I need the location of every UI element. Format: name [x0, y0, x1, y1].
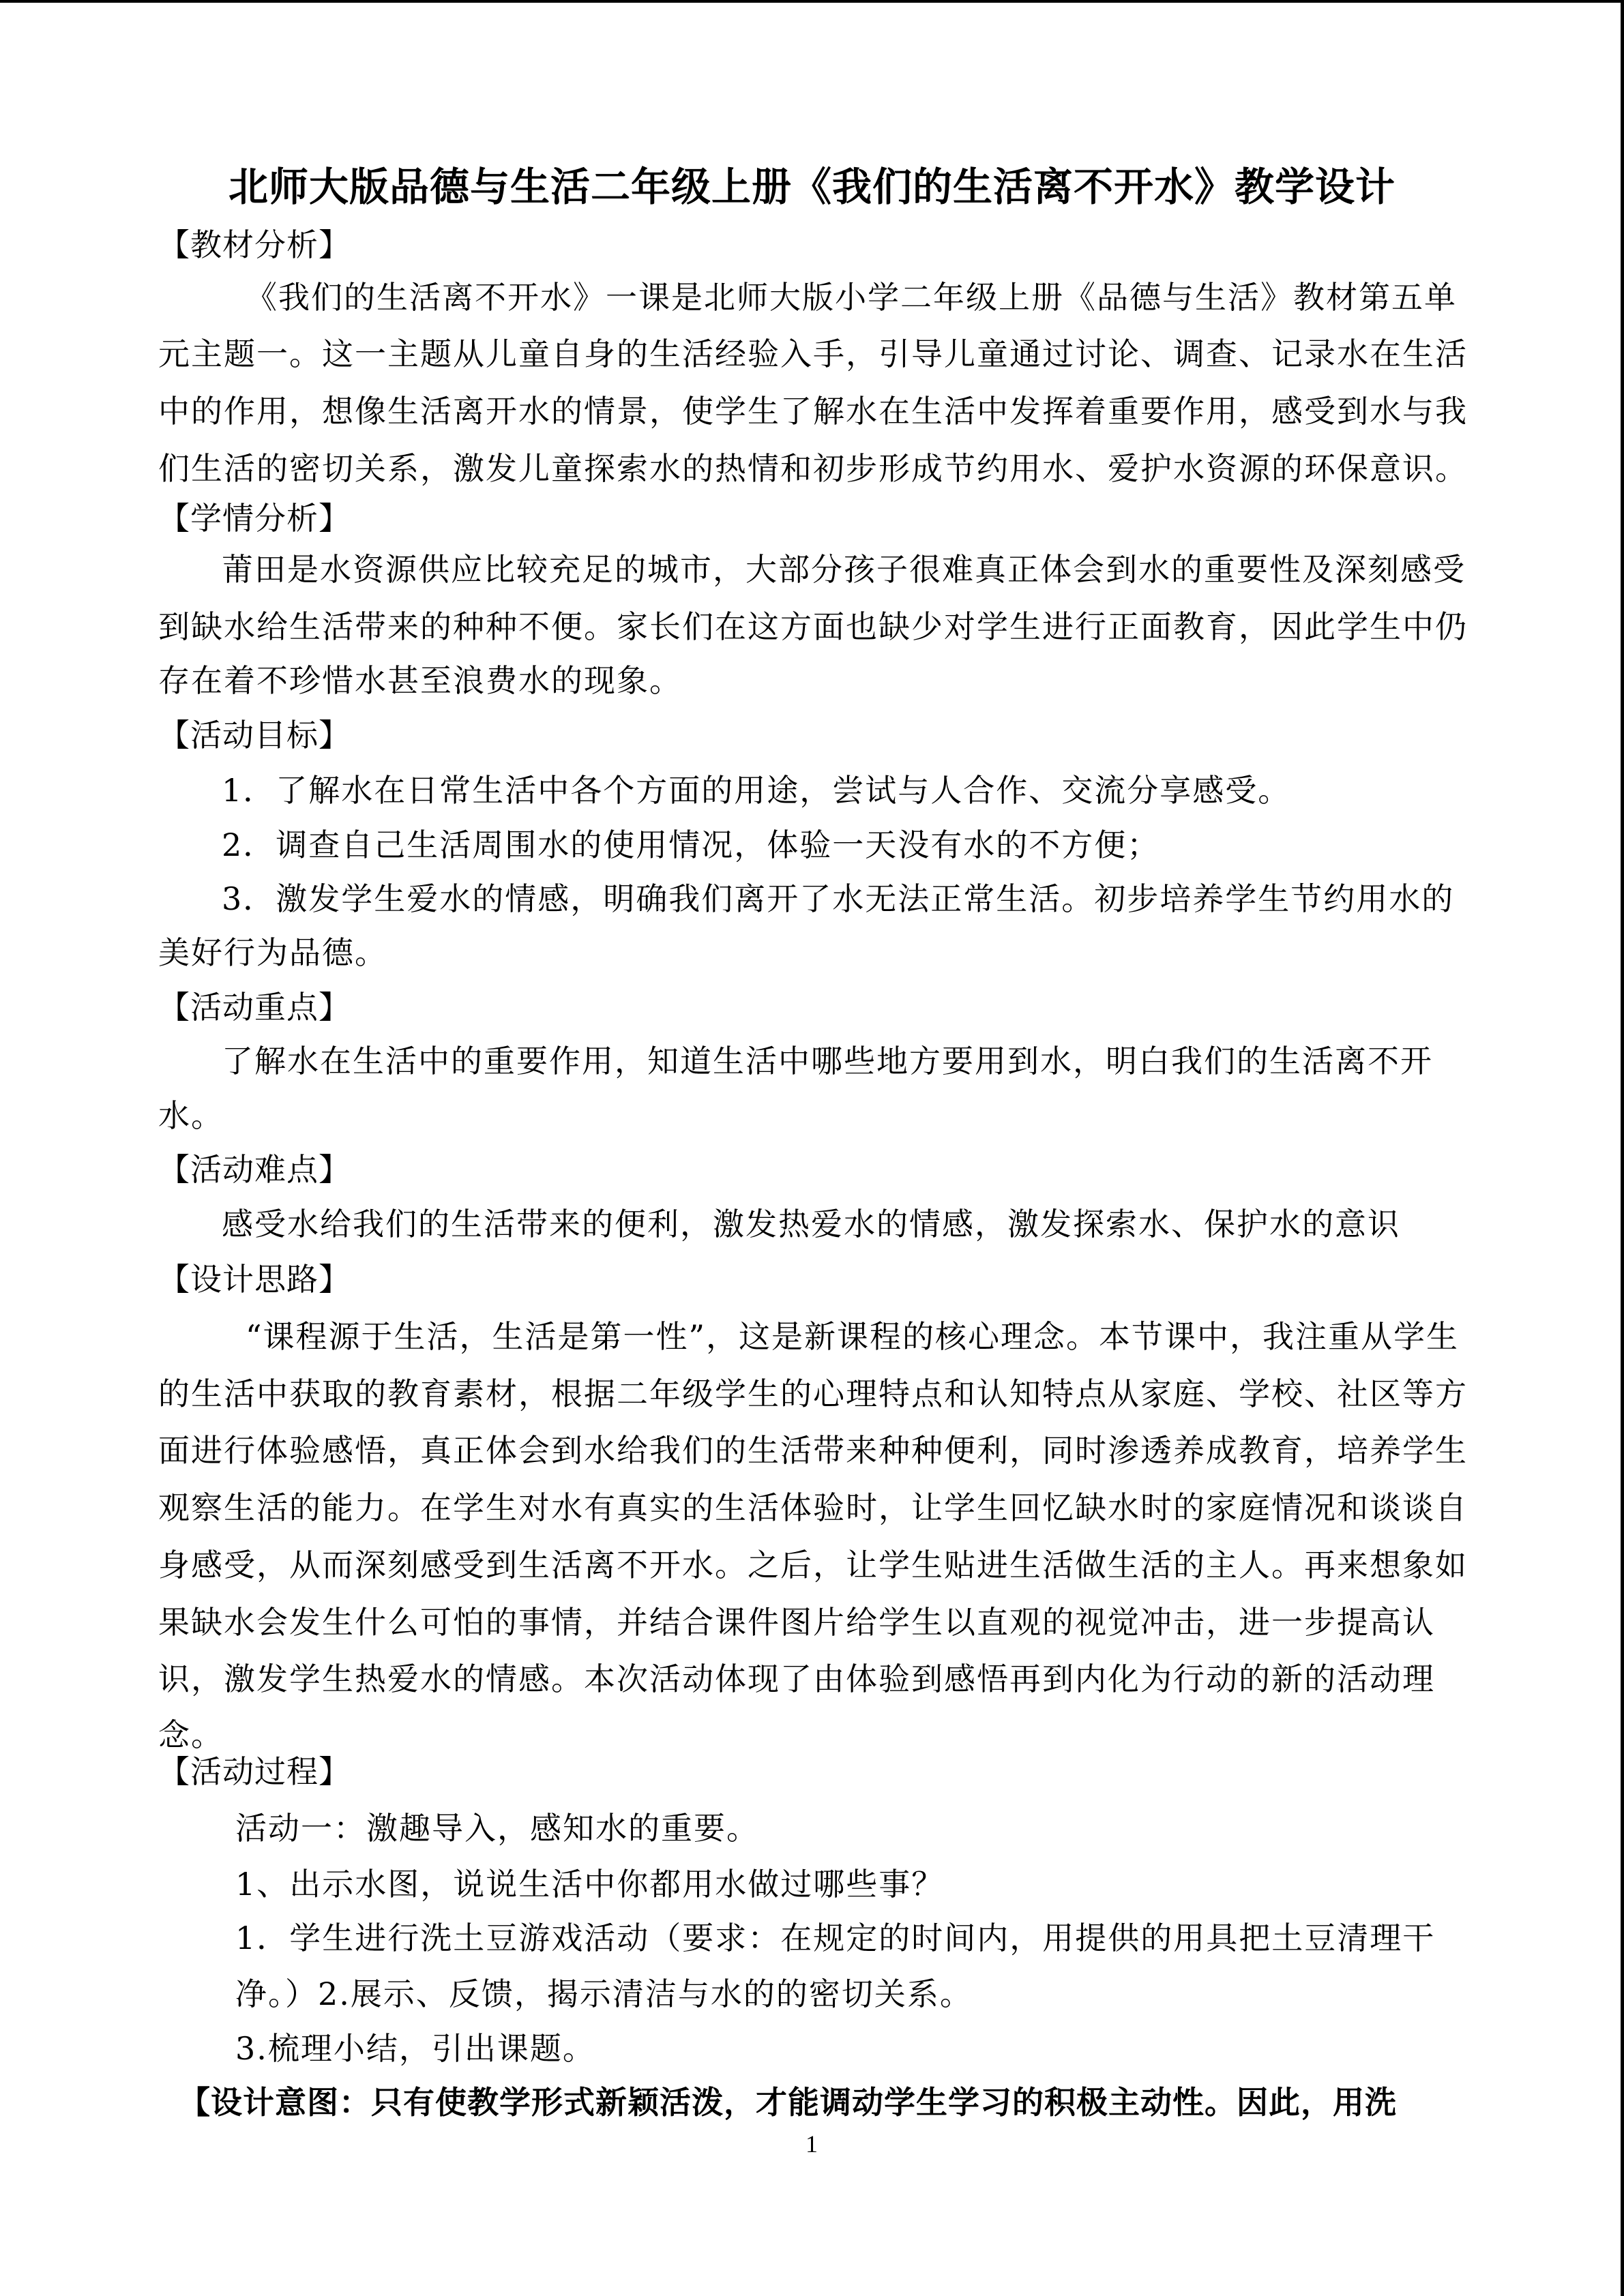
paragraph-line: 了解水在生活中的重要作用，知道生活中哪些地方要用到水，明白我们的生活离不开 — [222, 1041, 1531, 1082]
section-heading-activity-goals: 【活动目标】 — [158, 715, 1468, 756]
goal-item-3: 3．激发学生爱水的情感，明确我们离开了水无法正常生活。初步培养学生节约用水的 — [222, 878, 1531, 919]
page-number: 1 — [791, 2129, 832, 2159]
section-heading-activity-focus: 【活动重点】 — [158, 987, 1468, 1028]
paragraph-line: 念。 — [158, 1714, 1468, 1755]
activity-one-title: 活动一：激趣导入，感知水的重要。 — [235, 1808, 1545, 1849]
section-heading-activity-difficulty: 【活动难点】 — [158, 1149, 1468, 1190]
design-intent-note: 【设计意图：只有使教学形式新颖活泼，才能调动学生学习的积极主动性。因此，用洗 — [179, 2082, 1488, 2123]
process-step: 1、出示水图，说说生活中你都用水做过哪些事？ — [235, 1864, 1545, 1905]
paragraph-line: 《我们的生活离不开水》一课是北师大版小学二年级上册《品德与生活》教材第五单 — [246, 277, 1555, 318]
process-step: 1．学生进行洗土豆游戏活动（要求：在规定的时间内，用提供的用具把土豆清理干 — [235, 1918, 1545, 1958]
goal-item-1: 1．了解水在日常生活中各个方面的用途，尝试与人合作、交流分享感受。 — [222, 770, 1531, 811]
section-heading-student-analysis: 【学情分析】 — [158, 498, 1468, 539]
paragraph-line: 身感受，从而深刻感受到生活离不开水。之后，让学生贴进生活做生活的主人。再来想象如 — [158, 1545, 1468, 1585]
paragraph-line: 元主题一。这一主题从儿童自身的生活经验入手，引导儿童通过讨论、调查、记录水在生活 — [158, 333, 1468, 374]
paragraph-line: 果缺水会发生什么可怕的事情，并结合课件图片给学生以直观的视觉冲击，进一步提高认 — [158, 1602, 1468, 1643]
paragraph-line: 面进行体验感悟，真正体会到水给我们的生活带来种种便利，同时渗透养成教育，培养学生 — [158, 1430, 1468, 1471]
goal-item-2: 2．调查自己生活周围水的使用情况，体验一天没有水的不方便； — [222, 824, 1531, 865]
paragraph-line: 感受水给我们的生活带来的便利，激发热爱水的情感，激发探索水、保护水的意识 — [222, 1204, 1531, 1244]
paragraph-line: “课程源于生活，生活是第一性”，这是新课程的核心理念。本节课中，我注重从学生 — [246, 1316, 1555, 1357]
paragraph-line: 到缺水给生活带来的种种不便。家长们在这方面也缺少对学生进行正面教育，因此学生中仍 — [158, 606, 1468, 647]
paragraph-line: 们生活的密切关系，激发儿童探索水的热情和初步形成节约用水、爱护水资源的环保意识。 — [158, 448, 1468, 489]
section-heading-textbook-analysis: 【教材分析】 — [158, 224, 1468, 265]
paragraph-line: 中的作用，想像生活离开水的情景，使学生了解水在生活中发挥着重要作用，感受到水与我 — [158, 391, 1468, 432]
process-step: 净。）2.展示、反馈，揭示清洁与水的的密切关系。 — [235, 1973, 1545, 2014]
paragraph-line: 观察生活的能力。在学生对水有真实的生活体验时，让学生回忆缺水时的家庭情况和谈谈自 — [158, 1487, 1468, 1528]
paragraph-line: 莆田是水资源供应比较充足的城市，大部分孩子很难真正体会到水的重要性及深刻感受 — [222, 549, 1531, 590]
process-step: 3.梳理小结，引出课题。 — [235, 2028, 1545, 2069]
paragraph-line: 的生活中获取的教育素材，根据二年级学生的心理特点和认知特点从家庭、学校、社区等方 — [158, 1373, 1468, 1414]
document-title: 北师大版品德与生活二年级上册《我们的生活离不开水》教学设计 — [0, 161, 1624, 213]
paragraph-line: 水。 — [158, 1095, 1468, 1136]
document-page: 北师大版品德与生活二年级上册《我们的生活离不开水》教学设计 【教材分析】 《我们… — [0, 0, 1624, 2296]
paragraph-line: 识，激发学生热爱水的情感。本次活动体现了由体验到感悟再到内化为行动的新的活动理 — [158, 1658, 1468, 1699]
section-heading-activity-process: 【活动过程】 — [158, 1751, 1468, 1792]
paragraph-line: 存在着不珍惜水甚至浪费水的现象。 — [158, 660, 1468, 701]
section-heading-design-idea: 【设计思路】 — [158, 1259, 1468, 1300]
paragraph-line: 美好行为品德。 — [158, 932, 1468, 973]
